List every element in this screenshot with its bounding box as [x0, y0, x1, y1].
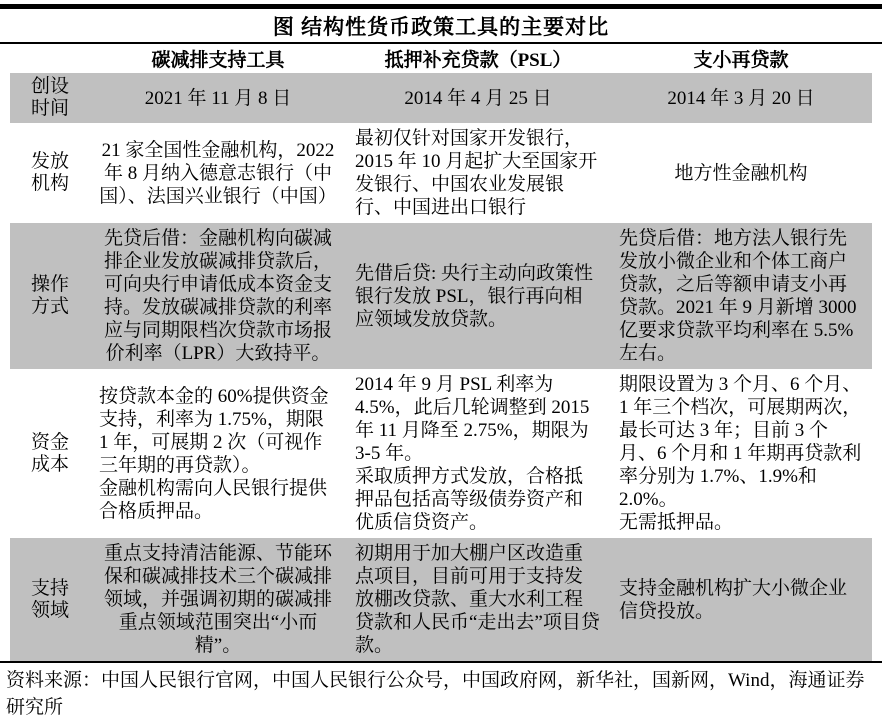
row-label: 发放 机构 — [10, 123, 90, 223]
report-figure-page: 图 结构性货币政策工具的主要对比 碳减排支持工具 抵押补充贷款（PSL） 支小再… — [0, 0, 882, 721]
table-cell: 21 家全国性金融机构，2022 年 8 月纳入德意志银行（中国）、法国兴业银行… — [90, 123, 346, 223]
column-header-carbon-tool: 碳减排支持工具 — [90, 44, 346, 73]
table-cell: 地方性金融机构 — [610, 123, 872, 223]
table-cell: 期限设置为 3 个月、6 个月、1 年三个档次，可展期两次，最长可达 3 年；目… — [610, 369, 872, 538]
table-cell: 支持金融机构扩大小微企业信贷投放。 — [610, 538, 872, 661]
row-label: 创设 时间 — [10, 73, 90, 123]
table-cell: 先借后贷: 央行主动向政策性银行发放 PSL，银行再向相应领域发放贷款。 — [346, 223, 610, 369]
row-label: 操作 方式 — [10, 223, 90, 369]
table-cell: 2021 年 11 月 8 日 — [90, 73, 346, 123]
header-row: 碳减排支持工具 抵押补充贷款（PSL） 支小再贷款 — [10, 44, 872, 73]
table-row-issuing-institutions: 发放 机构 21 家全国性金融机构，2022 年 8 月纳入德意志银行（中国）、… — [10, 123, 872, 223]
table-cell: 最初仅针对国家开发银行，2015 年 10 月起扩大至国家开发银行、中国农业发展… — [346, 123, 610, 223]
table-row-operation-mode: 操作 方式 先贷后借：金融机构向碳减排企业发放碳减排贷款后，可向央行申请低成本资… — [10, 223, 872, 369]
table-cell: 2014 年 4 月 25 日 — [346, 73, 610, 123]
bottom-rule-divider — [0, 661, 882, 663]
row-label: 资金 成本 — [10, 369, 90, 538]
table-cell: 按贷款本金的 60%提供资金支持，利率为 1.75%，期限 1 年，可展期 2 … — [90, 369, 346, 538]
table-cell: 先贷后借：地方法人银行先发放小微企业和个体工商户贷款，之后等额申请支小再贷款。2… — [610, 223, 872, 369]
table-cell: 2014 年 9 月 PSL 利率为 4.5%，此后几轮调整到 2015 年 1… — [346, 369, 610, 538]
column-header-psl: 抵押补充贷款（PSL） — [346, 44, 610, 73]
table-row-creation-time: 创设 时间 2021 年 11 月 8 日 2014 年 4 月 25 日 20… — [10, 73, 872, 123]
column-header-small-relending: 支小再贷款 — [610, 44, 872, 73]
comparison-table: 碳减排支持工具 抵押补充贷款（PSL） 支小再贷款 创设 时间 2021 年 1… — [10, 44, 872, 661]
table-cell: 初期用于加大棚户区改造重点项目，目前可用于支持发放棚改贷款、重大水利工程贷款和人… — [346, 538, 610, 661]
figure-title: 图 结构性货币政策工具的主要对比 — [0, 9, 882, 42]
table-cell: 2014 年 3 月 20 日 — [610, 73, 872, 123]
row-label: 支持 领域 — [10, 538, 90, 661]
table-cell: 重点支持清洁能源、节能环保和碳减排技术三个碳减排领域，并强调初期的碳减排重点领域… — [90, 538, 346, 661]
source-note: 资料来源：中国人民银行官网，中国人民银行公众号，中国政府网，新华社，国新网，Wi… — [6, 667, 872, 721]
table-row-funding-cost: 资金 成本 按贷款本金的 60%提供资金支持，利率为 1.75%，期限 1 年，… — [10, 369, 872, 538]
table-row-support-areas: 支持 领域 重点支持清洁能源、节能环保和碳减排技术三个碳减排领域，并强调初期的碳… — [10, 538, 872, 661]
header-empty-cell — [10, 44, 90, 73]
table-cell: 先贷后借：金融机构向碳减排企业发放碳减排贷款后，可向央行申请低成本资金支持。发放… — [90, 223, 346, 369]
